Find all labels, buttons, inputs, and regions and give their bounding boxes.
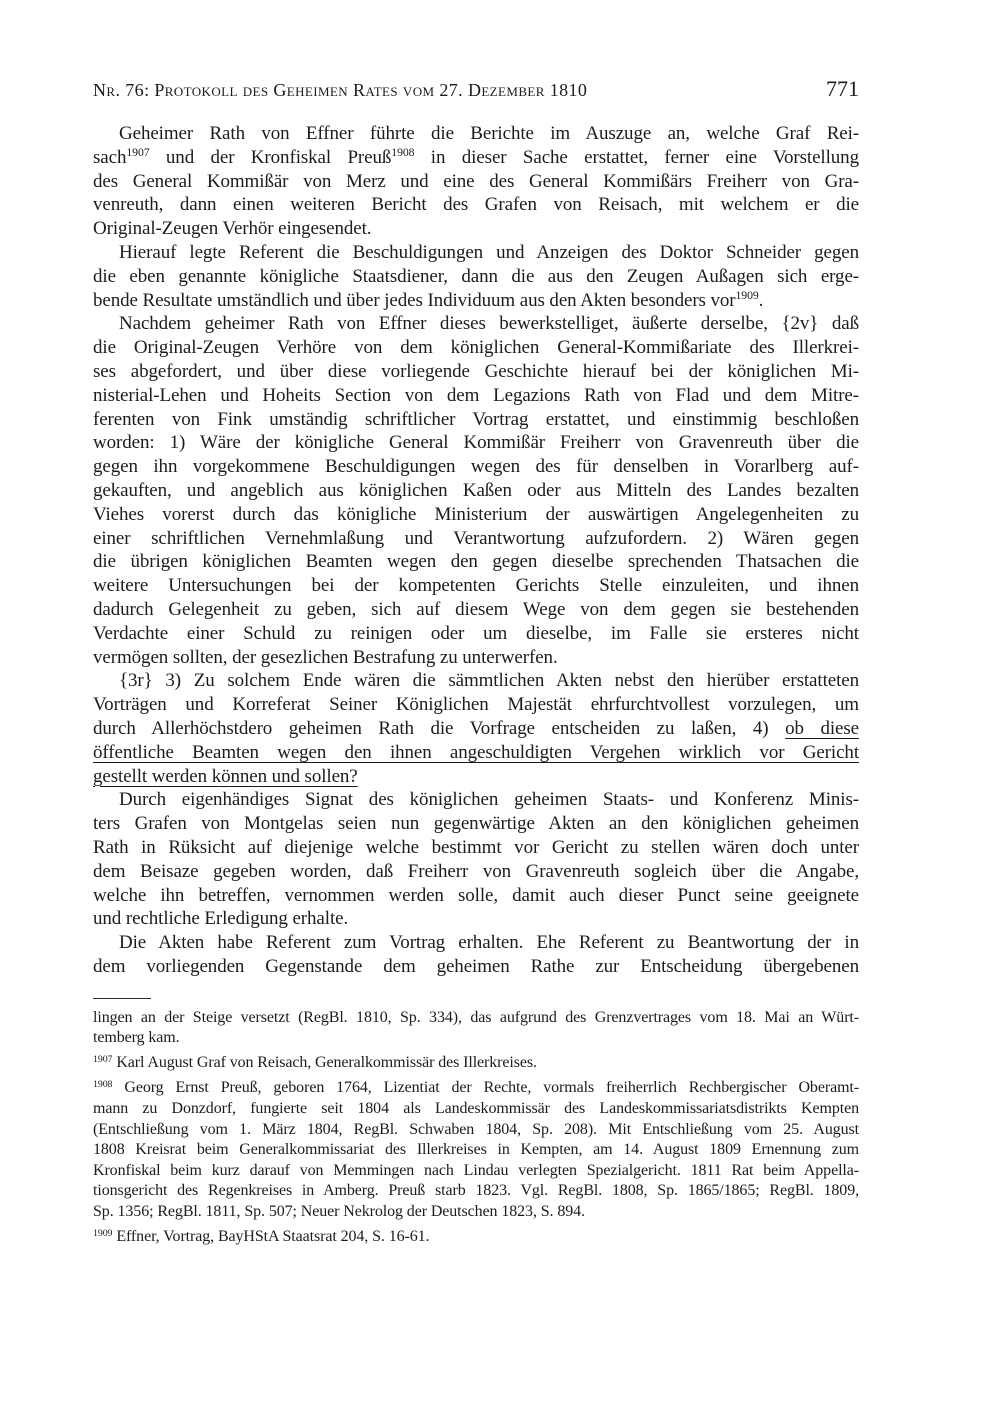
- text-segment: Geheimer Rath von Effner führte die Beri…: [119, 123, 859, 144]
- footnote-ref: 1909: [93, 1228, 112, 1239]
- text-segment: .: [759, 290, 764, 311]
- text-line: Kronfiskal beim kurz darauf von Memminge…: [93, 1161, 859, 1182]
- text-segment: gegen ihn vorgekommene Beschuldigungen w…: [93, 456, 859, 477]
- text-line: 1907 Karl August Graf von Reisach, Gener…: [93, 1053, 859, 1074]
- text-segment: Vorträgen und Korreferat Seiner Königlic…: [93, 694, 859, 715]
- text-segment: gestellt werden können und sollen?: [93, 766, 358, 787]
- text-line: 1808 Kreisrat beim Generalkommissariat d…: [93, 1140, 859, 1161]
- text-line: Nachdem geheimer Rath von Effner dieses …: [93, 312, 859, 336]
- text-line: einer schriftlichen Vernehmlaßung und Ve…: [93, 527, 859, 551]
- page-number: 771: [826, 76, 859, 102]
- text-segment: sach: [93, 147, 126, 168]
- text-line: bende Resultate umständlich und über jed…: [93, 289, 859, 313]
- text-segment: dem Beisaze gegeben worden, daß Freiherr…: [93, 861, 859, 882]
- footnote: lingen an der Steige versetzt (RegBl. 18…: [93, 1008, 859, 1049]
- text-line: weitere Untersuchungen bei der kompetent…: [93, 574, 859, 598]
- text-line: 1909 Effner, Vortrag, BayHStA Staatsrat …: [93, 1227, 859, 1248]
- text-line: gegen ihn vorgekommene Beschuldigungen w…: [93, 455, 859, 479]
- text-segment: öffentliche Beamten wegen den ihnen ange…: [93, 742, 859, 763]
- text-segment: Hierauf legte Referent die Beschuldigung…: [119, 242, 859, 263]
- paragraph: Geheimer Rath von Effner führte die Beri…: [93, 122, 859, 241]
- text-line: mann zu Donzdorf, fungierte seit 1804 al…: [93, 1099, 859, 1120]
- text-line: Original-Zeugen Verhör eingesendet.: [93, 217, 859, 241]
- text-segment: Nachdem geheimer Rath von Effner dieses …: [119, 313, 859, 334]
- text-line: worden: 1) Wäre der königliche General K…: [93, 431, 859, 455]
- text-segment: dem vorliegenden Gegenstande dem geheime…: [93, 956, 859, 977]
- text-line: nisterial-Lehen und Hoheits Section von …: [93, 384, 859, 408]
- footnote-ref: 1907: [93, 1054, 112, 1065]
- text-segment: ters Grafen von Montgelas seien nun gege…: [93, 813, 859, 834]
- text-line: Sp. 1356; RegBl. 1811, Sp. 507; Neuer Ne…: [93, 1202, 859, 1223]
- text-line: dadurch Gelegenheit zu geben, sich auf d…: [93, 598, 859, 622]
- footnote-separator: [93, 998, 151, 999]
- text-line: ferenten von Fink umständig schriftliche…: [93, 408, 859, 432]
- text-segment: einer schriftlichen Vernehmlaßung und Ve…: [93, 528, 859, 549]
- text-segment: Durch eigenhändiges Signat des königlich…: [119, 789, 859, 810]
- text-segment: dadurch Gelegenheit zu geben, sich auf d…: [93, 599, 859, 620]
- text-segment: mann zu Donzdorf, fungierte seit 1804 al…: [93, 1100, 859, 1117]
- text-block: Nr. 76: Protokoll des Geheimen Rates vom…: [93, 76, 859, 1252]
- paragraph: Hierauf legte Referent die Beschuldigung…: [93, 241, 859, 312]
- text-segment: Original-Zeugen Verhör eingesendet.: [93, 218, 371, 239]
- text-segment: bende Resultate umständlich und über jed…: [93, 290, 736, 311]
- text-segment: (Entschließung vom 1. März 1804, RegBl. …: [93, 1121, 859, 1138]
- paragraph: Durch eigenhändiges Signat des königlich…: [93, 788, 859, 931]
- text-line: die übrigen königlichen Beamten wegen de…: [93, 550, 859, 574]
- text-segment: des General Kommißär von Merz und eine d…: [93, 171, 859, 192]
- footnotes-section: lingen an der Steige versetzt (RegBl. 18…: [93, 1008, 859, 1248]
- text-segment: Georg Ernst Preuß, geboren 1764, Lizenti…: [112, 1079, 859, 1096]
- running-head: Nr. 76: Protokoll des Geheimen Rates vom…: [93, 80, 587, 101]
- text-segment: Rath in Rüksicht auf diejenige welche be…: [93, 837, 859, 858]
- page-header: Nr. 76: Protokoll des Geheimen Rates vom…: [93, 76, 859, 102]
- text-line: öffentliche Beamten wegen den ihnen ange…: [93, 741, 859, 765]
- text-segment: Die Akten habe Referent zum Vortrag erha…: [119, 932, 859, 953]
- text-line: vermögen sollten, der gesezlichen Bestra…: [93, 646, 859, 670]
- text-line: welche ihn betreffen, vernommen werden s…: [93, 884, 859, 908]
- footnote-ref: 1908: [93, 1079, 112, 1090]
- text-line: die eben genannte königliche Staatsdiene…: [93, 265, 859, 289]
- text-segment: gekauften, und angeblich aus königlichen…: [93, 480, 859, 501]
- text-segment: vermögen sollten, der gesezlichen Bestra…: [93, 647, 558, 668]
- text-segment: Kronfiskal beim kurz darauf von Memminge…: [93, 1162, 859, 1179]
- text-segment: Sp. 1356; RegBl. 1811, Sp. 507; Neuer Ne…: [93, 1203, 585, 1220]
- text-line: sach1907 und der Kronfiskal Preuß1908 in…: [93, 146, 859, 170]
- text-segment: und der Kronfiskal Preuß: [150, 147, 392, 168]
- text-segment: Effner, Vortrag, BayHStA Staatsrat 204, …: [112, 1228, 429, 1245]
- text-line: die Original-Zeugen Verhöre von dem köni…: [93, 336, 859, 360]
- text-line: venreuth, dann einen weiteren Bericht de…: [93, 193, 859, 217]
- footnote: 1909 Effner, Vortrag, BayHStA Staatsrat …: [93, 1227, 859, 1248]
- text-segment: Viehes vorerst durch das königliche Mini…: [93, 504, 859, 525]
- text-segment: die eben genannte königliche Staatsdiene…: [93, 266, 859, 287]
- text-line: und rechtliche Erledigung erhalte.: [93, 907, 859, 931]
- text-line: des General Kommißär von Merz und eine d…: [93, 170, 859, 194]
- text-segment: die Original-Zeugen Verhöre von dem köni…: [93, 337, 859, 358]
- text-line: Geheimer Rath von Effner führte die Beri…: [93, 122, 859, 146]
- text-segment: durch Allerhöchstdero geheimen Rath die …: [93, 718, 785, 739]
- text-segment: ferenten von Fink umständig schriftliche…: [93, 409, 859, 430]
- footnote-ref: 1909: [736, 289, 759, 302]
- text-segment: ob diese: [785, 718, 859, 739]
- text-segment: und rechtliche Erledigung erhalte.: [93, 908, 348, 929]
- text-segment: {3r} 3) Zu solchem Ende wären die sämmtl…: [119, 670, 859, 691]
- text-segment: Verdachte einer Schuld zu reinigen oder …: [93, 623, 859, 644]
- text-segment: worden: 1) Wäre der königliche General K…: [93, 432, 859, 453]
- text-segment: ses abgefordert, und über diese vorliege…: [93, 361, 859, 382]
- book-page: Nr. 76: Protokoll des Geheimen Rates vom…: [0, 0, 1004, 1418]
- paragraph: {3r} 3) Zu solchem Ende wären die sämmtl…: [93, 669, 859, 788]
- footnote-ref: 1907: [126, 146, 149, 159]
- text-line: tionsgericht des Regenkreises in Amberg.…: [93, 1181, 859, 1202]
- paragraph: Nachdem geheimer Rath von Effner dieses …: [93, 312, 859, 669]
- text-line: gestellt werden können und sollen?: [93, 765, 859, 789]
- text-line: Vorträgen und Korreferat Seiner Königlic…: [93, 693, 859, 717]
- footnote: 1908 Georg Ernst Preuß, geboren 1764, Li…: [93, 1078, 859, 1222]
- text-segment: die übrigen königlichen Beamten wegen de…: [93, 551, 859, 572]
- paragraph: Die Akten habe Referent zum Vortrag erha…: [93, 931, 859, 979]
- text-segment: tionsgericht des Regenkreises in Amberg.…: [93, 1182, 859, 1199]
- text-line: (Entschließung vom 1. März 1804, RegBl. …: [93, 1120, 859, 1141]
- text-segment: temberg kam.: [93, 1029, 179, 1046]
- text-segment: in dieser Sache erstattet, ferner eine V…: [414, 147, 859, 168]
- text-line: Die Akten habe Referent zum Vortrag erha…: [93, 931, 859, 955]
- text-segment: weitere Untersuchungen bei der kompetent…: [93, 575, 859, 596]
- text-line: lingen an der Steige versetzt (RegBl. 18…: [93, 1008, 859, 1029]
- footnote-ref: 1908: [391, 146, 414, 159]
- text-segment: 1808 Kreisrat beim Generalkommissariat d…: [93, 1141, 859, 1158]
- text-line: Hierauf legte Referent die Beschuldigung…: [93, 241, 859, 265]
- text-line: Rath in Rüksicht auf diejenige welche be…: [93, 836, 859, 860]
- text-line: dem vorliegenden Gegenstande dem geheime…: [93, 955, 859, 979]
- text-line: Verdachte einer Schuld zu reinigen oder …: [93, 622, 859, 646]
- text-line: temberg kam.: [93, 1028, 859, 1049]
- text-segment: lingen an der Steige versetzt (RegBl. 18…: [93, 1009, 859, 1026]
- document-body: Geheimer Rath von Effner führte die Beri…: [93, 122, 859, 979]
- text-line: Viehes vorerst durch das königliche Mini…: [93, 503, 859, 527]
- text-line: gekauften, und angeblich aus königlichen…: [93, 479, 859, 503]
- text-line: durch Allerhöchstdero geheimen Rath die …: [93, 717, 859, 741]
- text-segment: venreuth, dann einen weiteren Bericht de…: [93, 194, 859, 215]
- text-line: Durch eigenhändiges Signat des königlich…: [93, 788, 859, 812]
- text-segment: nisterial-Lehen und Hoheits Section von …: [93, 385, 859, 406]
- text-segment: Karl August Graf von Reisach, Generalkom…: [112, 1054, 537, 1071]
- text-line: dem Beisaze gegeben worden, daß Freiherr…: [93, 860, 859, 884]
- text-line: 1908 Georg Ernst Preuß, geboren 1764, Li…: [93, 1078, 859, 1099]
- text-line: {3r} 3) Zu solchem Ende wären die sämmtl…: [93, 669, 859, 693]
- text-line: ters Grafen von Montgelas seien nun gege…: [93, 812, 859, 836]
- footnote: 1907 Karl August Graf von Reisach, Gener…: [93, 1053, 859, 1074]
- text-line: ses abgefordert, und über diese vorliege…: [93, 360, 859, 384]
- text-segment: welche ihn betreffen, vernommen werden s…: [93, 885, 859, 906]
